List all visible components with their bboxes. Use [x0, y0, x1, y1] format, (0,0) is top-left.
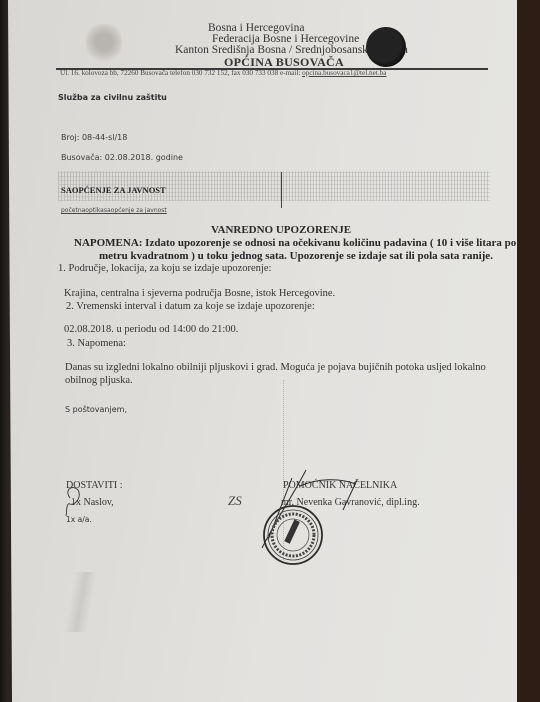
section-1-heading: 1. Područje, lokacija, za koju se izdaje… [58, 263, 271, 274]
notice-type: SAOPĆENJE ZA JAVNOST [61, 185, 166, 195]
signatory-title: POMOĆNIK NAČELNIKA [283, 480, 397, 491]
place-date: Busovača: 02.08.2018. godine [61, 153, 183, 162]
reference-number: Broj: 08-44-sl/18 [61, 133, 127, 142]
section-2-heading: 2. Vremenski interval i datum za koje se… [66, 301, 315, 312]
section-3-text-line-1: Danas su izgledni lokalno obilniji pljus… [65, 362, 486, 373]
address-text: Ul. 16. kolovoza bb, 72260 Busovača tele… [60, 69, 300, 77]
section-3-heading: 3. Napomena: [67, 338, 126, 349]
letterhead-address: Ul. 16. kolovoza bb, 72260 Busovača tele… [60, 69, 386, 77]
page-fold [283, 380, 285, 560]
distribution-heading: DOSTAVITI : [66, 480, 123, 491]
redaction-divider [281, 172, 282, 208]
notice-path: početnaoptikasaopćenje za javnost [61, 207, 167, 214]
document-title: VANREDNO UPOZORENJE [0, 224, 540, 236]
handwritten-initials: ZS [228, 493, 242, 509]
note-line-1: NAPOMENA: Izdato upozorenje se odnosi na… [74, 237, 516, 249]
closing-salutation: S poštovanjem, [65, 405, 127, 414]
section-1-text: Krajina, centralna i sjeverna područja B… [64, 288, 335, 299]
department-name: Služba za civilnu zaštitu [58, 93, 167, 102]
section-3-text-line-2: obilnog pljuska. [65, 375, 133, 386]
distribution-item-1: 1x Naslov, [71, 497, 114, 508]
email-link[interactable]: opcina.busovaca1@tel.net.ba [302, 69, 386, 77]
section-2-text: 02.08.2018. u periodu od 14:00 do 21:00. [64, 324, 238, 335]
distribution-item-2: 1x a/a. [66, 515, 92, 524]
signatory-name: mr. Nevenka Gavranović, dipl.ing. [281, 497, 420, 508]
note-line-2: metru kvadratnom ) u toku jednog sata. U… [99, 250, 493, 262]
redaction-blot-icon [366, 27, 406, 67]
